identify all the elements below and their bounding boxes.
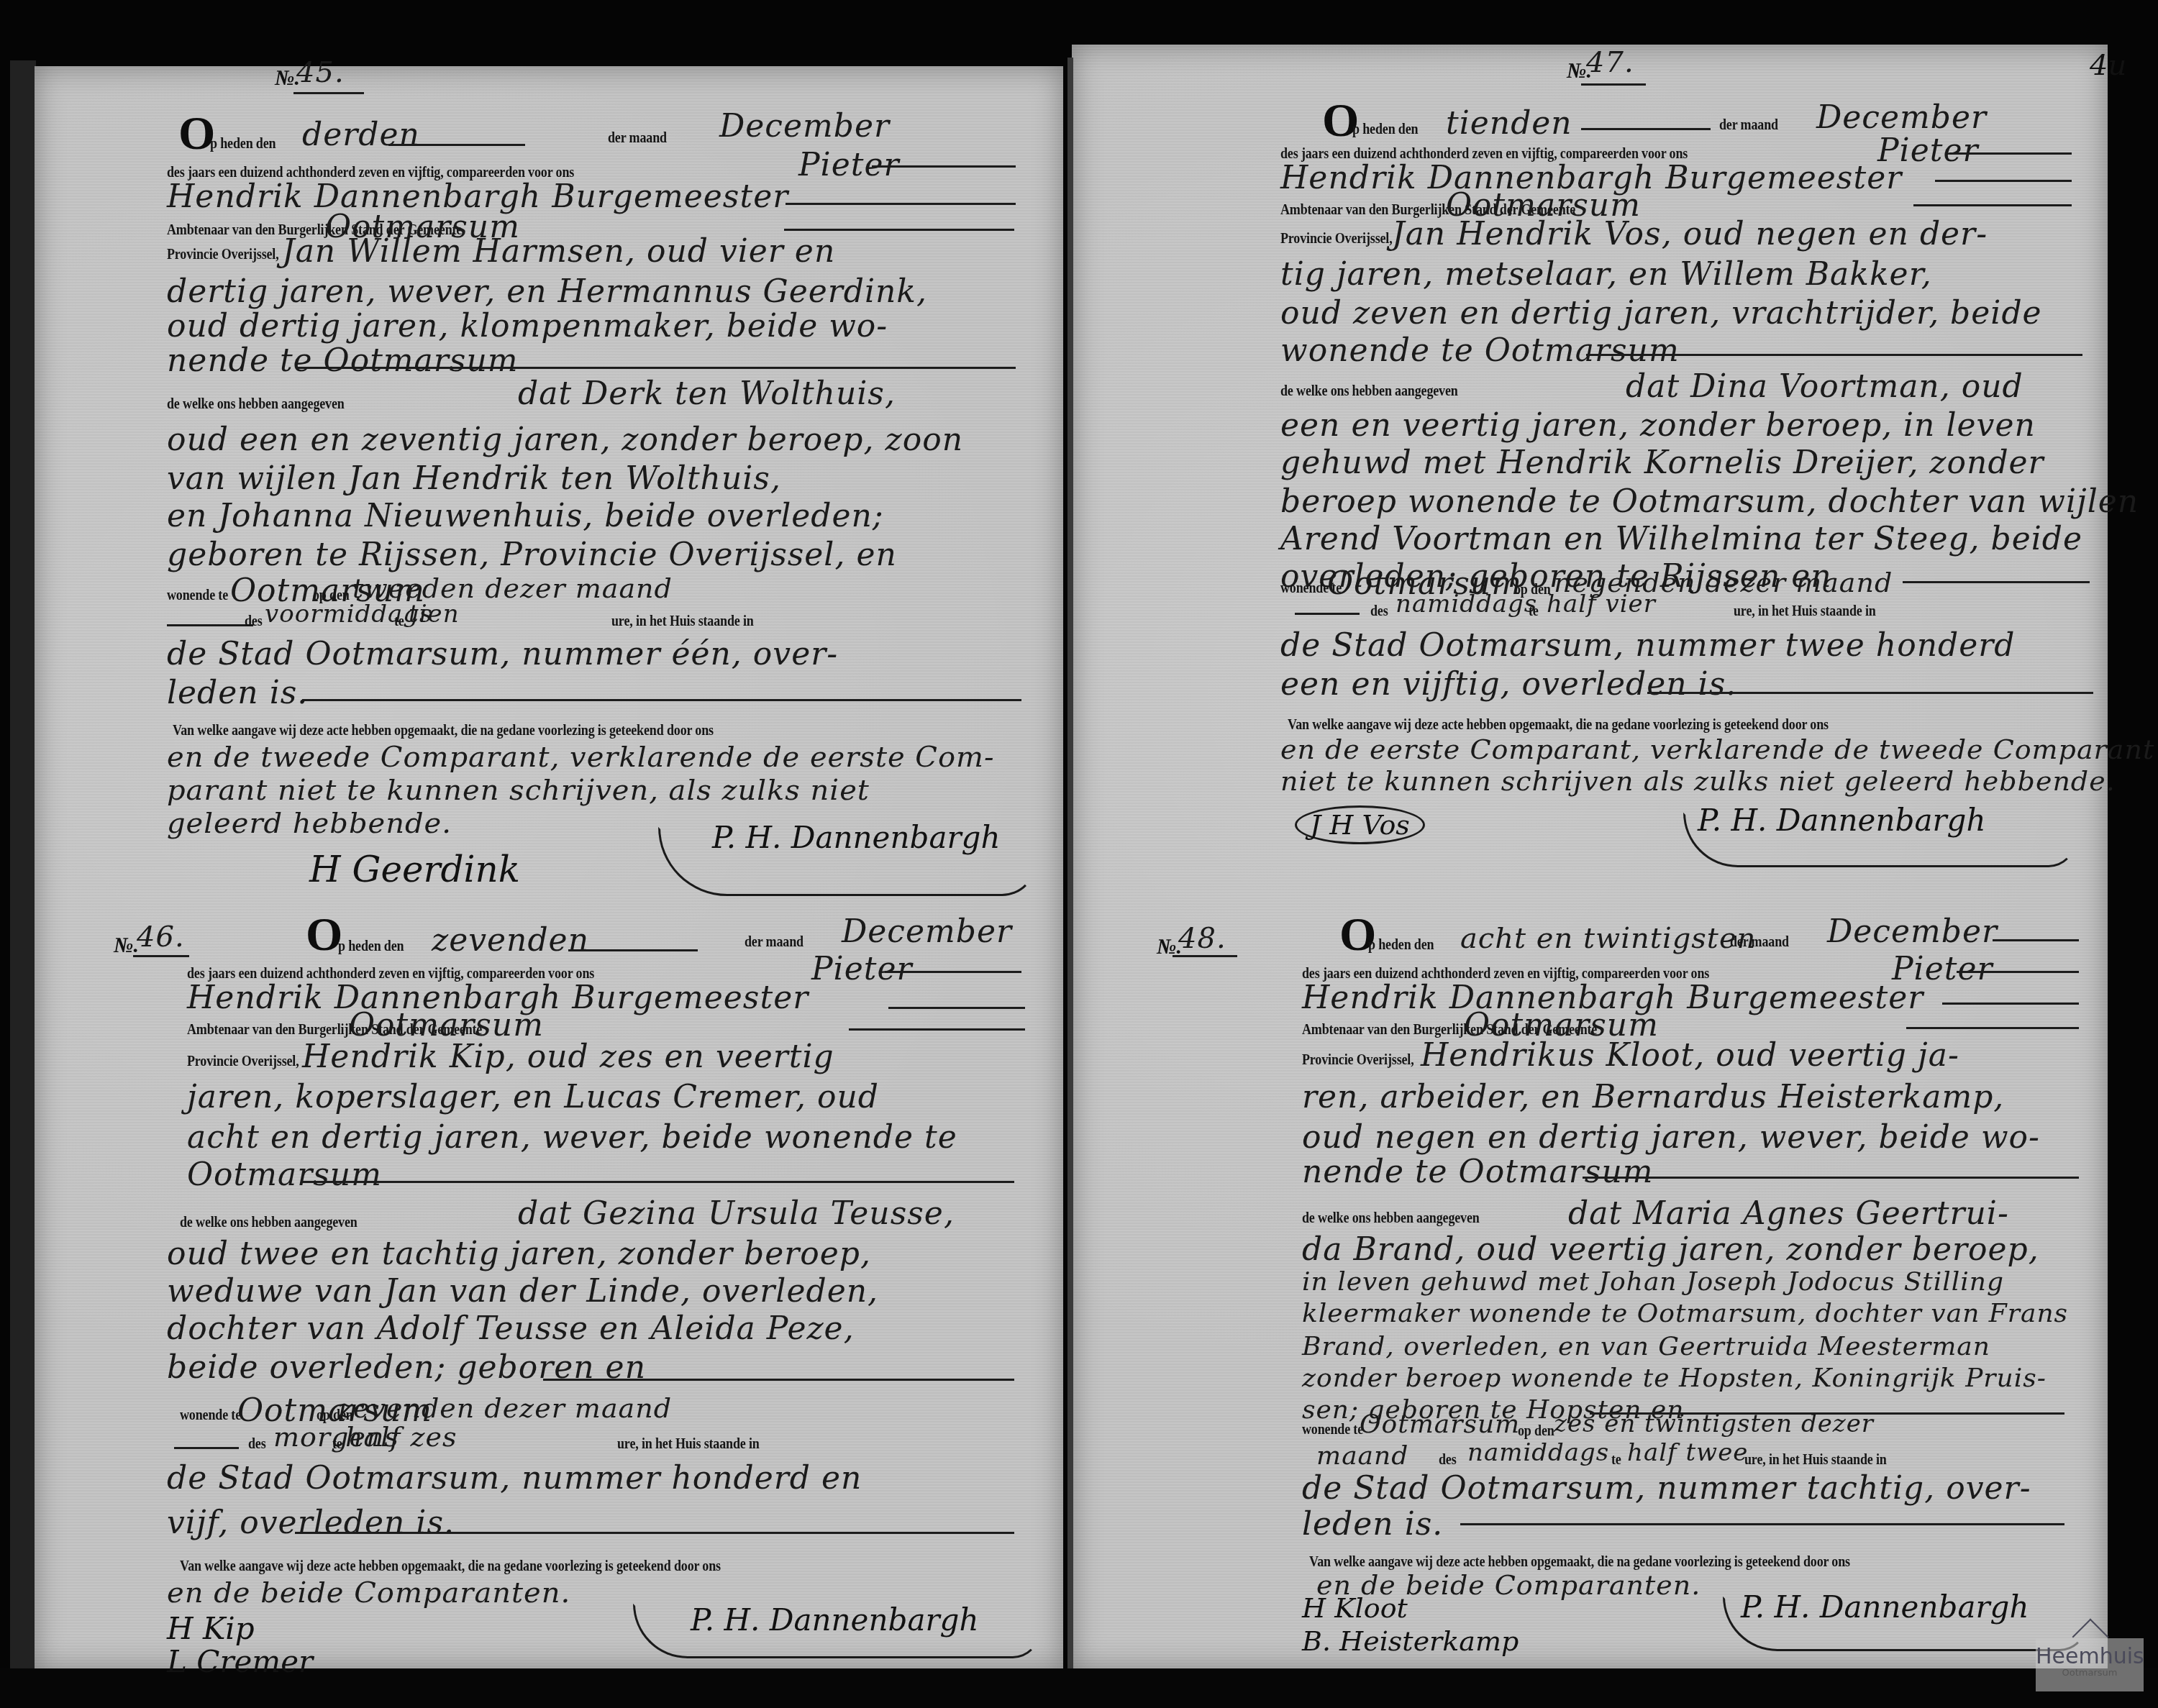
- des-label: des: [1439, 1450, 1457, 1469]
- record-day: derden: [302, 117, 420, 153]
- house-line-1: de Stad Ootmarsum, nummer twee honderd: [1280, 627, 2015, 664]
- death-day: zes en twintigsten dezer: [1554, 1410, 1874, 1438]
- house-line-2: leden is.: [167, 675, 308, 711]
- signature-vos: J H Vos: [1295, 805, 1425, 844]
- record-number: 46.: [137, 921, 185, 954]
- der-maand-label: der maand: [745, 932, 803, 951]
- record-number: 47.: [1586, 46, 1634, 79]
- op-heden-den-label: p heden den: [210, 134, 276, 152]
- record-day: zevenden: [432, 922, 589, 959]
- closing-line-3: geleerd hebbende.: [167, 807, 452, 840]
- declared-line-5: geboren te Rijssen, Provincie Overijssel…: [167, 536, 897, 573]
- record-number-label: №.: [114, 933, 139, 958]
- comparants-line-2: tig jaren, metselaar, en Willem Bakker,: [1280, 256, 1932, 293]
- comparants-line-4: nende te Ootmarsum: [1302, 1154, 1654, 1190]
- declared-line-3: in leven gehuwd met Johan Joseph Jodocus…: [1302, 1267, 2004, 1297]
- house-line-2: vijf, overleden is.: [167, 1504, 455, 1541]
- house-line-1: de Stad Ootmarsum, nummer honderd en: [167, 1460, 862, 1497]
- official-first-name: Pieter: [811, 951, 912, 987]
- provincie-label: Provincie Overijssel,: [167, 245, 279, 263]
- declared-line-2: da Brand, oud veertig jaren, zonder bero…: [1302, 1231, 2039, 1268]
- comparants-line-1: Hendrik Kip, oud zes en veertig: [302, 1038, 834, 1075]
- des-label: des: [248, 1434, 266, 1453]
- hour: half vier: [1547, 590, 1656, 618]
- house-line-1: de Stad Ootmarsum, nummer tachtig, over-: [1302, 1470, 2031, 1507]
- te-label: te: [332, 1434, 342, 1453]
- comparants-line-1: Jan Willem Harmsen, oud vier en: [282, 233, 835, 270]
- daypart: namiddags: [1467, 1438, 1609, 1467]
- comparants-line-4: Ootmarsum: [187, 1156, 382, 1193]
- provincie-label: Provincie Overijssel,: [1302, 1050, 1414, 1069]
- declared-line-2: een en veertig jaren, zonder beroep, in …: [1280, 407, 2036, 444]
- de-welke-label: de welke ons hebben aangegeven: [1302, 1208, 1480, 1227]
- signature-kloot: H Kloot: [1302, 1592, 1408, 1624]
- declared-line-4: dochter van Adolf Teusse en Aleida Peze,: [167, 1310, 855, 1347]
- der-maand-label: der maand: [608, 128, 667, 147]
- ure-label: ure, in het Huis staande in: [611, 611, 754, 630]
- provincie-label: Provincie Overijssel,: [187, 1051, 299, 1070]
- comparants-line-3: oud negen en dertig jaren, wever, beide …: [1302, 1119, 2040, 1156]
- hour: tien: [409, 600, 460, 629]
- declared-line-4: en Johanna Nieuwenhuis, beide overleden;: [167, 498, 884, 534]
- initial-o: O: [306, 908, 342, 962]
- declared-line-3: gehuwd met Hendrik Kornelis Dreijer, zon…: [1280, 444, 2044, 481]
- comparants-line-1: Hendrikus Kloot, oud veertig ja-: [1421, 1037, 1959, 1074]
- daypart: voormiddags: [265, 600, 433, 629]
- record-month: December: [1827, 913, 1998, 950]
- comparants-line-3: oud dertig jaren, klompenmaker, beide wo…: [167, 308, 888, 344]
- closing-line-1: en de tweede Comparant, verklarende de e…: [167, 741, 995, 774]
- comparants-line-2: jaren, koperslager, en Lucas Cremer, oud: [187, 1079, 879, 1115]
- des-label: des: [245, 611, 263, 630]
- declared-line-5: Arend Voortman en Wilhelmina ter Steeg, …: [1280, 521, 2082, 557]
- declared-line-1: dat Dina Voortman, oud: [1626, 368, 2023, 405]
- record-day: acht en twintigsten: [1460, 922, 1756, 955]
- daypart: namiddags: [1396, 590, 1537, 618]
- corner-note: 4u: [2090, 49, 2126, 82]
- declared-line-4: beroep wonende te Ootmarsum, dochter van…: [1280, 483, 2139, 520]
- wonende-te-label: wonende te: [180, 1405, 241, 1424]
- wonende-place: Ootmarsum: [1360, 1410, 1520, 1439]
- closing-line-2: niet te kunnen schrijven als zulks niet …: [1280, 765, 2116, 797]
- signature-cremer: L Cremer: [167, 1644, 313, 1679]
- signature-kip: H Kip: [167, 1611, 255, 1646]
- comparants-line-4: wonende te Ootmarsum: [1280, 332, 1680, 369]
- van-welke-label: Van welke aangave wij deze acte hebben o…: [173, 721, 714, 739]
- ure-label: ure, in het Huis staande in: [617, 1434, 760, 1453]
- heemhuis-watermark: Heemhuis Ootmarsum: [2036, 1638, 2144, 1691]
- der-maand-label: der maand: [1719, 115, 1778, 134]
- declared-line-4: kleermaker wonende te Ootmarsum, dochter…: [1302, 1299, 2068, 1328]
- closing-line-1: en de beide Comparanten.: [167, 1576, 570, 1609]
- op-den-label: op den: [1518, 1421, 1554, 1440]
- house-line-2: leden is.: [1302, 1506, 1443, 1543]
- watermark-place: Ootmarsum: [2036, 1668, 2144, 1679]
- closing-line-2: parant niet te kunnen schrijven, als zul…: [167, 774, 870, 807]
- wonende-te-label: wonende te: [167, 585, 228, 604]
- page-fold: [1067, 58, 1073, 1683]
- hour: half twee: [1627, 1438, 1748, 1467]
- comparants-line-3: oud zeven en dertig jaren, vrachtrijder,…: [1280, 295, 2042, 332]
- de-welke-label: de welke ons hebben aangegeven: [180, 1213, 358, 1231]
- van-welke-label: Van welke aangave wij deze acte hebben o…: [1288, 715, 1829, 734]
- record-month: December: [1816, 99, 1987, 136]
- declared-line-3: weduwe van Jan van der Linde, overleden,: [167, 1273, 878, 1310]
- ure-label: ure, in het Huis staande in: [1734, 601, 1876, 620]
- comparants-line-2: ren, arbeider, en Bernardus Heisterkamp,: [1302, 1079, 2004, 1115]
- comparants-line-1: Jan Hendrik Vos, oud negen en der-: [1392, 216, 1988, 252]
- record-month: December: [719, 108, 890, 145]
- comparants-line-4: nende te Ootmarsum: [167, 342, 519, 379]
- declared-line-2: oud twee en tachtig jaren, zonder beroep…: [167, 1236, 871, 1272]
- te-label: te: [1529, 601, 1539, 620]
- te-label: te: [1611, 1450, 1621, 1469]
- record-number: 48.: [1178, 922, 1226, 955]
- hour: half zes: [345, 1421, 457, 1453]
- house-line-1: de Stad Ootmarsum, nummer één, over-: [167, 636, 838, 672]
- declared-line-3: van wijlen Jan Hendrik ten Wolthuis,: [167, 460, 781, 497]
- book-binding-edge: [10, 60, 36, 1679]
- van-welke-label: Van welke aangave wij deze acte hebben o…: [180, 1556, 721, 1575]
- de-welke-label: de welke ons hebben aangegeven: [167, 394, 345, 413]
- comparants-line-2: dertig jaren, wever, en Hermannus Geerdi…: [167, 273, 927, 310]
- wonende-te-label: wonende te: [1302, 1420, 1363, 1438]
- te-label: te: [394, 611, 404, 630]
- der-maand-label: der maand: [1730, 932, 1789, 951]
- declared-line-5: Brand, overleden, en van Geertruida Mees…: [1302, 1332, 1990, 1361]
- op-heden-den-label: p heden den: [1368, 935, 1434, 954]
- record-number: 45.: [296, 56, 345, 89]
- death-day: zevenden dezer maand: [338, 1392, 672, 1424]
- comparants-line-3: acht en dertig jaren, wever, beide wonen…: [187, 1119, 957, 1156]
- de-welke-label: de welke ons hebben aangegeven: [1280, 381, 1458, 400]
- signature-geerdink: H Geerdink: [309, 849, 520, 890]
- op-heden-den-label: p heden den: [1352, 119, 1418, 138]
- declared-line-1: dat Derk ten Wolthuis,: [518, 375, 896, 412]
- record-month: December: [842, 913, 1012, 950]
- op-heden-den-label: p heden den: [338, 936, 404, 955]
- des-label: des: [1370, 601, 1388, 620]
- provincie-label: Provincie Overijssel,: [1280, 229, 1393, 247]
- record-day: tienden: [1446, 105, 1572, 142]
- ure-label: ure, in het Huis staande in: [1744, 1450, 1887, 1469]
- declared-line-1: dat Maria Agnes Geertrui-: [1568, 1195, 2009, 1232]
- daypart-prefix: maand: [1316, 1441, 1408, 1471]
- closing-line-1: en de eerste Comparant, verklarende de t…: [1280, 734, 2154, 765]
- declared-line-2: oud een en zeventig jaren, zonder beroep…: [167, 421, 963, 458]
- van-welke-label: Van welke aangave wij deze acte hebben o…: [1309, 1552, 1850, 1571]
- declared-line-6: zonder beroep wonende te Hopsten, Koning…: [1302, 1364, 2047, 1393]
- house-line-2: een en vijftig, overleden is.: [1280, 666, 1736, 703]
- declared-line-1: dat Gezina Ursula Teusse,: [518, 1195, 955, 1232]
- signature-heisterkamp: B. Heisterkamp: [1302, 1625, 1519, 1657]
- scan-bottom-edge: [0, 1668, 2158, 1708]
